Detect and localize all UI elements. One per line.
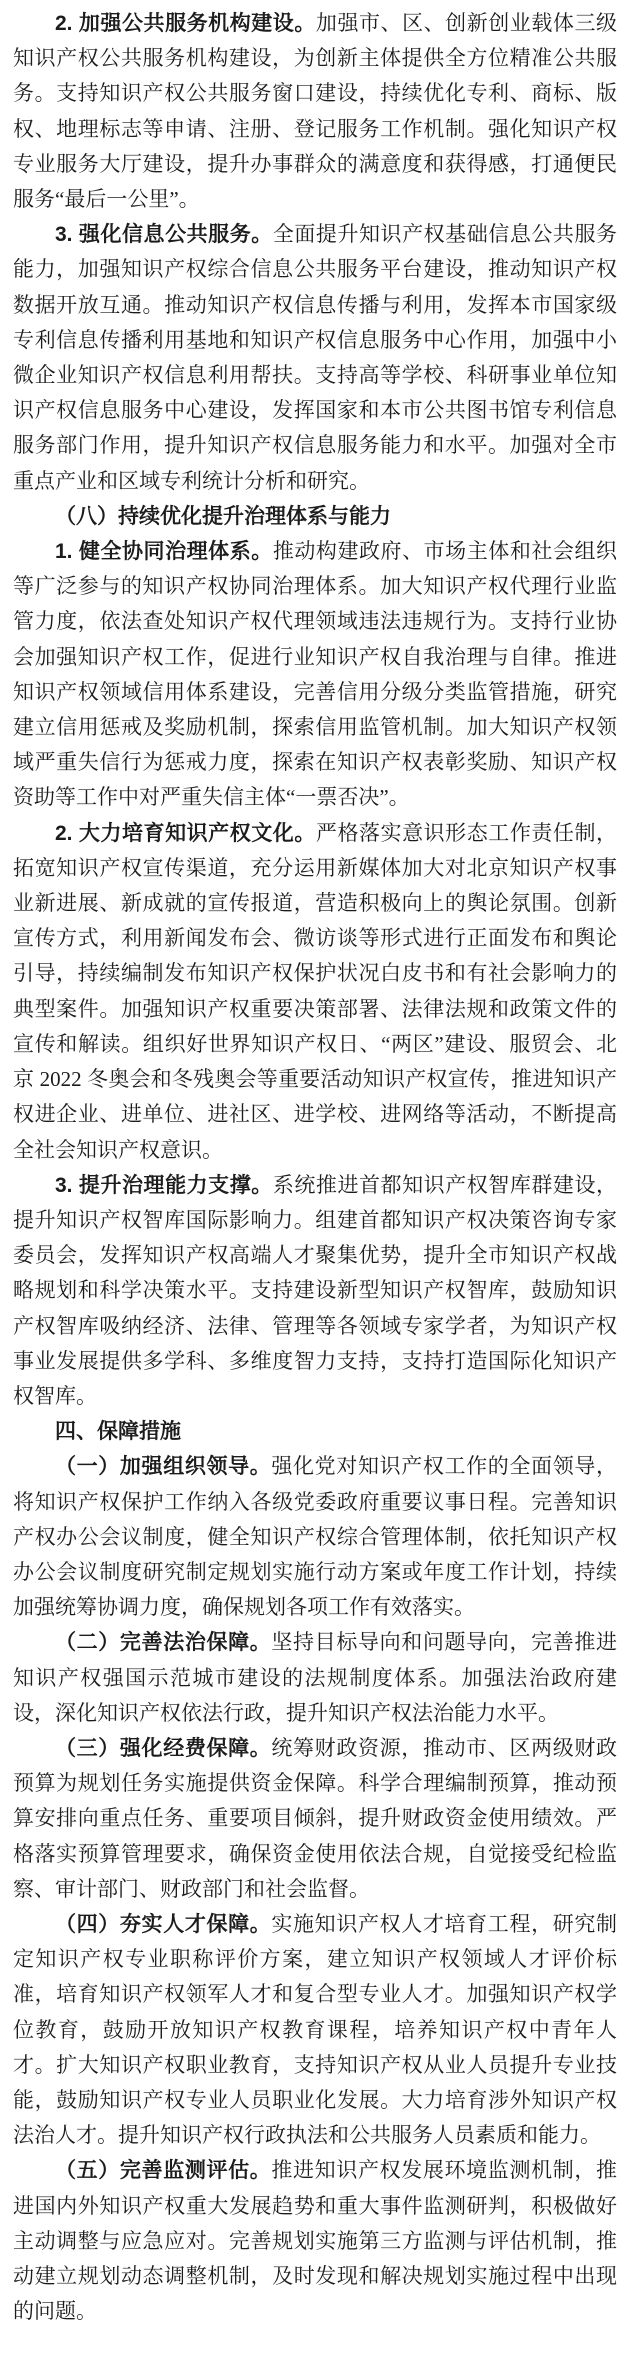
paragraph: （二）完善法治保障。坚持目标导向和问题导向，完善推进知识产权强国示范城市建设的法… [13,1625,617,1731]
paragraph-body: 系统推进首都知识产权智库群建设，提升知识产权智库国际影响力。组建首都知识产权决策… [13,1173,617,1408]
policy-document-page: 2. 加强公共服务机构建设。加强市、区、创新创业载体三级知识产权公共服务机构建设… [0,0,626,2353]
paragraph-lead: （三）强化经费保障。 [55,1737,271,1760]
paragraph-body: 实施知识产权人才培育工程，研究制定知识产权专业职称评价方案，建立知识产权领域人才… [13,1912,617,2147]
paragraph-body: 推进知识产权发展环境监测机制，推进国内外知识产权重大发展趋势和重大事件监测研判，… [13,2158,617,2323]
paragraph-lead: （二）完善法治保障。 [55,1631,271,1654]
paragraph: （一）加强组织领导。强化党对知识产权工作的全面领导，将知识产权保护工作纳入各级党… [13,1449,617,1625]
section-heading: （八）持续优化提升治理体系与能力 [13,499,617,534]
paragraph-body: 强化党对知识产权工作的全面领导，将知识产权保护工作纳入各级党委政府重要议事日程。… [13,1454,617,1619]
paragraph-lead: （四）夯实人才保障。 [55,1913,271,1936]
paragraph: （三）强化经费保障。统筹财政资源，推动市、区两级财政预算为规划任务实施提供资金保… [13,1731,617,1907]
paragraph-body: 加强市、区、创新创业载体三级知识产权公共服务机构建设，为创新主体提供全方位精准公… [13,11,617,211]
paragraph-lead: （五）完善监测评估。 [55,2159,271,2182]
paragraph-body: 全面提升知识产权基础信息公共服务能力，加强知识产权综合信息公共服务平台建设，推动… [13,222,617,492]
paragraph: 2. 大力培育知识产权文化。严格落实意识形态工作责任制，拓宽知识产权宣传渠道，充… [13,816,617,1168]
paragraph: 3. 强化信息公共服务。全面提升知识产权基础信息公共服务能力，加强知识产权综合信… [13,217,617,499]
paragraph: 2. 加强公共服务机构建设。加强市、区、创新创业载体三级知识产权公共服务机构建设… [13,6,617,217]
paragraph-lead: 1. 健全协同治理体系。 [55,540,273,563]
paragraph: （四）夯实人才保障。实施知识产权人才培育工程，研究制定知识产权专业职称评价方案，… [13,1907,617,2153]
paragraph-lead: 3. 提升治理能力支撑。 [55,1174,273,1197]
paragraph: 3. 提升治理能力支撑。系统推进首都知识产权智库群建设，提升知识产权智库国际影响… [13,1168,617,1414]
paragraph-lead: 3. 强化信息公共服务。 [55,223,273,246]
paragraph-lead: 2. 大力培育知识产权文化。 [55,822,316,845]
paragraph-lead: 2. 加强公共服务机构建设。 [55,12,316,35]
paragraph: 1. 健全协同治理体系。推动构建政府、市场主体和社会组织等广泛参与的知识产权协同… [13,534,617,816]
paragraph-body: 统筹财政资源，推动市、区两级财政预算为规划任务实施提供资金保障。科学合理编制预算… [13,1736,617,1901]
paragraph-body: 严格落实意识形态工作责任制，拓宽知识产权宣传渠道，充分运用新媒体加大对北京知识产… [13,821,617,1162]
paragraph: （五）完善监测评估。推进知识产权发展环境监测机制，推进国内外知识产权重大发展趋势… [13,2153,617,2329]
chapter-heading: 四、保障措施 [13,1414,617,1449]
paragraph-body: 推动构建政府、市场主体和社会组织等广泛参与的知识产权协同治理体系。加大知识产权代… [13,539,617,809]
paragraph-lead: （一）加强组织领导。 [55,1455,271,1478]
